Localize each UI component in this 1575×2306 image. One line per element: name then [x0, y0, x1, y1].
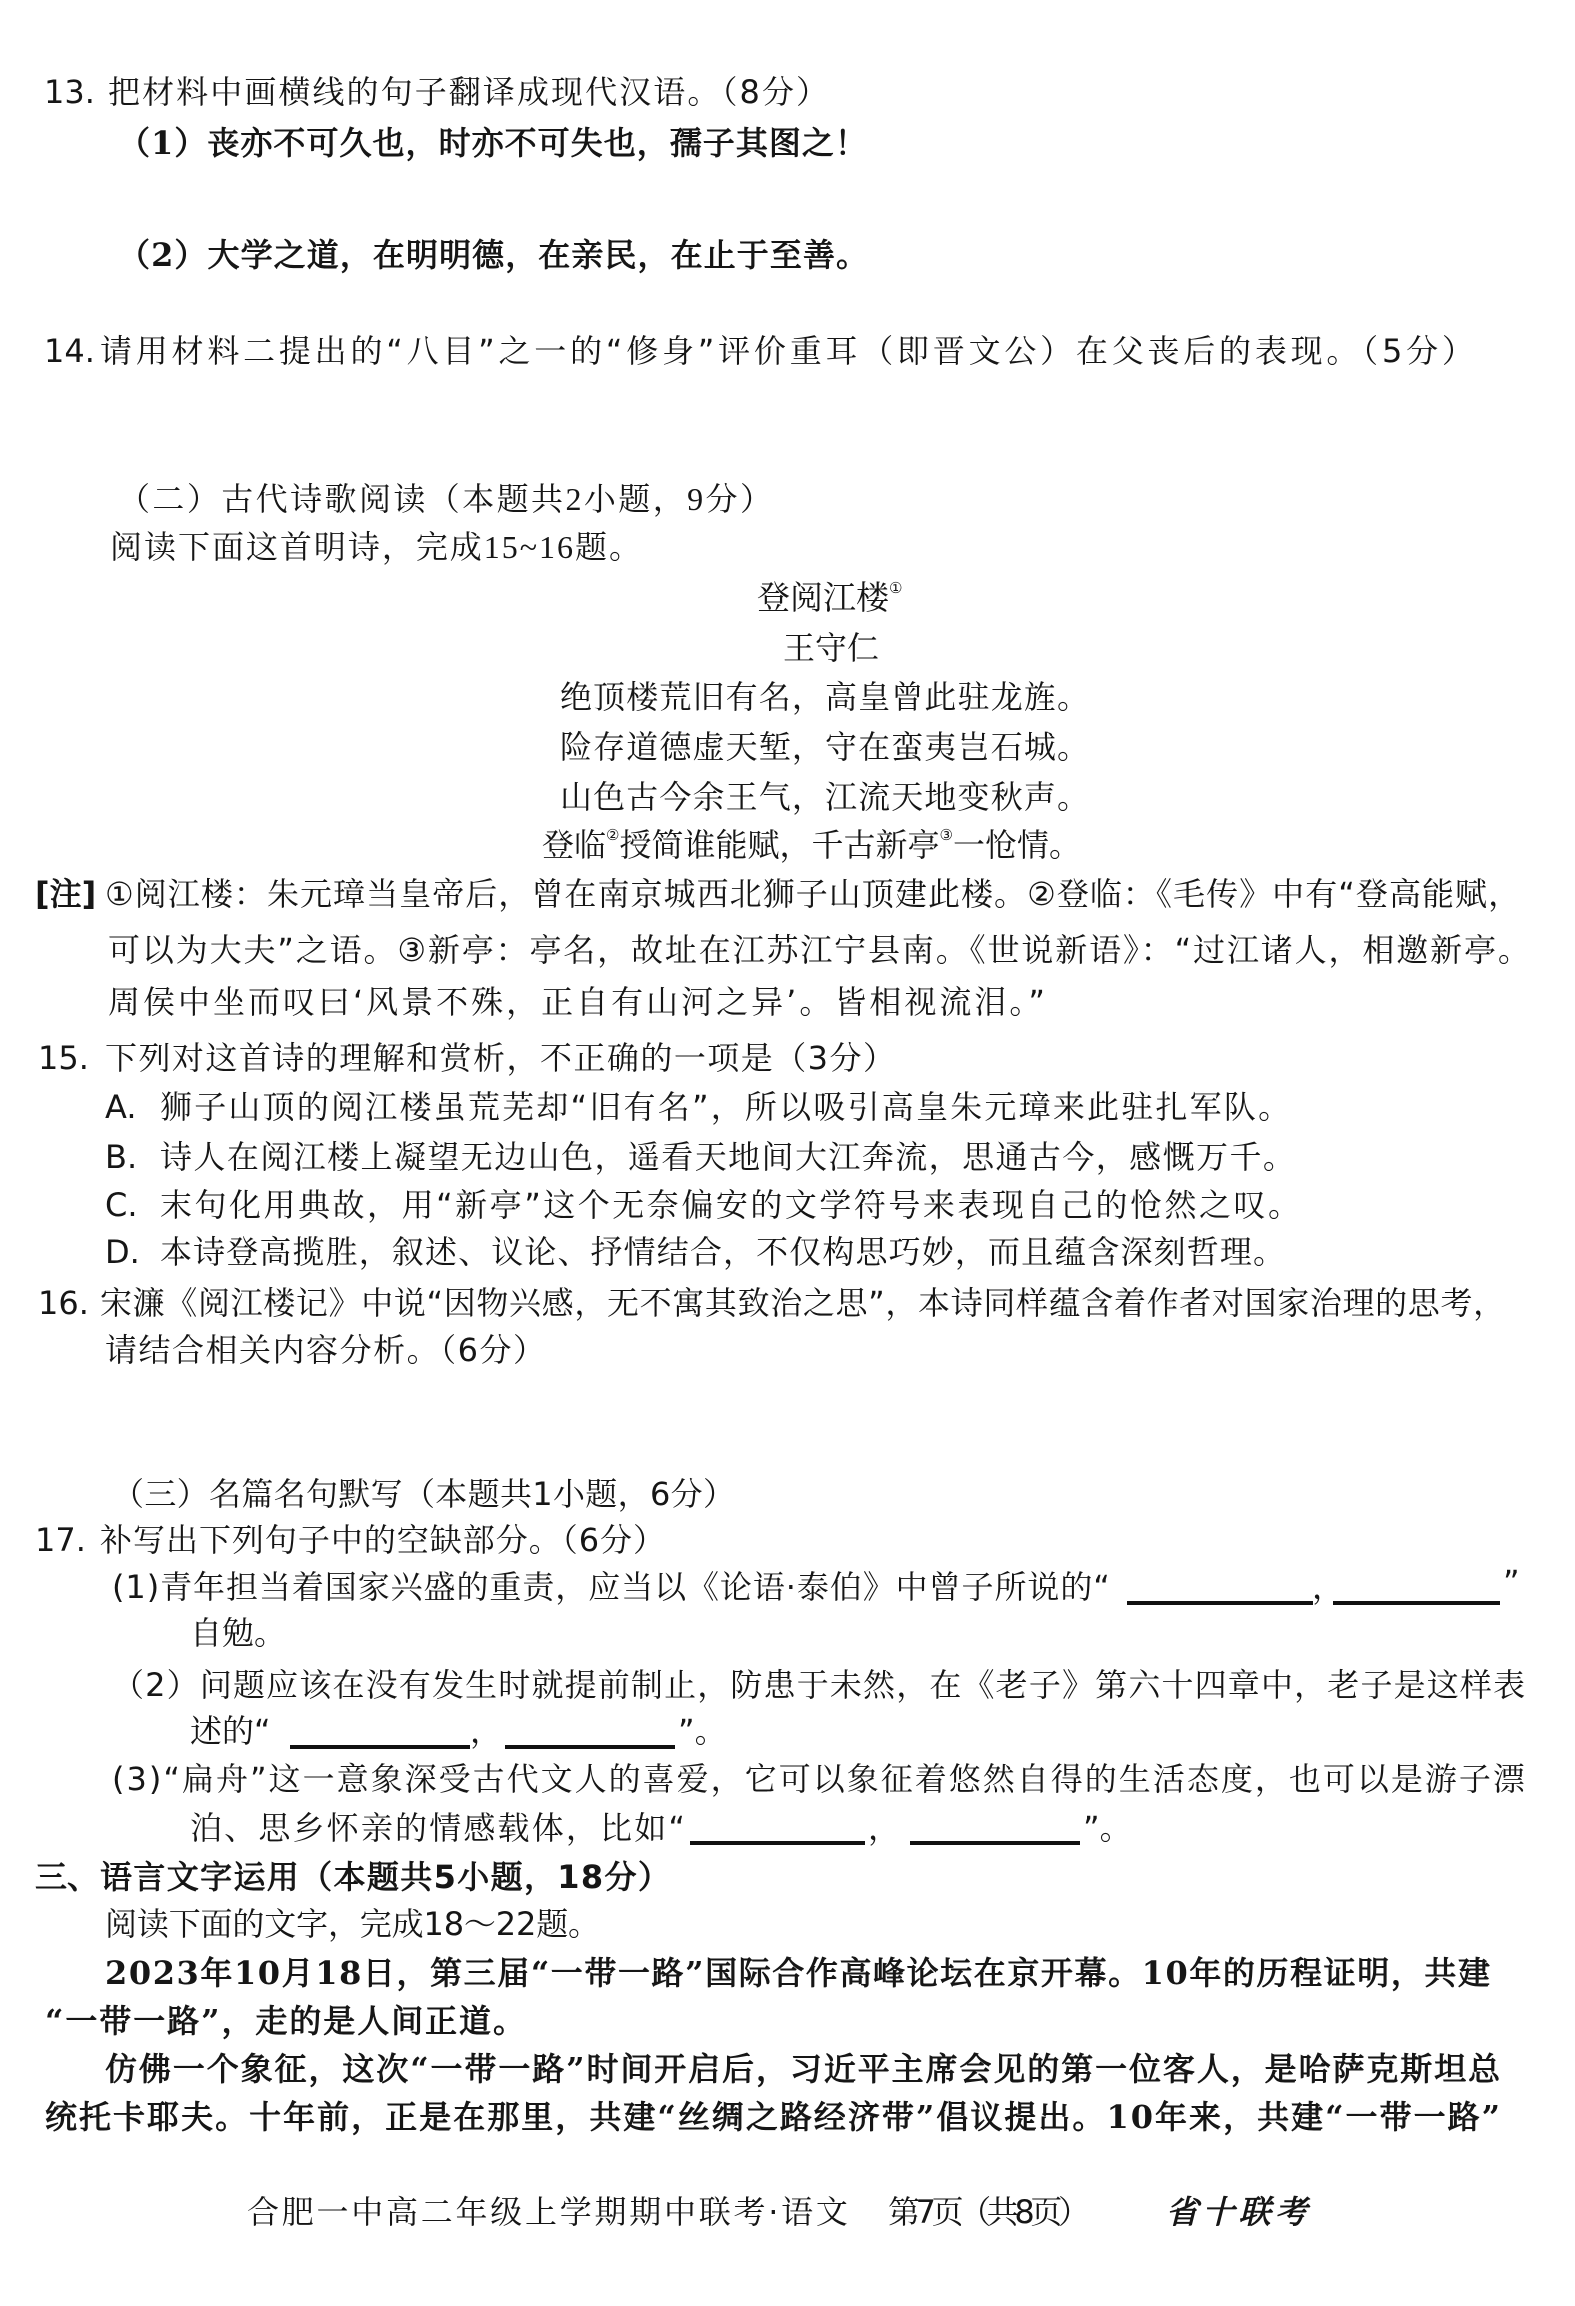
passage-line-2: “一带一路”，走的是人间正道。: [45, 2001, 527, 2041]
poem-line-4-part-1: 登临: [542, 826, 606, 864]
q16-line-1: 宋濂《阅江楼记》中说“因物兴感，无不寓其致治之思”，本诗同样蕴含着作者对国家治理…: [100, 1283, 1506, 1323]
notes-line-2: 可以为大夫”之语。③新亭：亭名，故址在江苏江宁县南。《世说新语》：“过江诸人，相…: [108, 930, 1532, 970]
notes-line-1: ①阅江楼：朱元璋当皇帝后，曾在南京城西北狮子山顶建此楼。②登临：《毛传》中有“登…: [105, 874, 1521, 914]
poem-title: 登阅江楼①: [757, 578, 902, 618]
q17-item-1-close-quote: ”: [1503, 1562, 1520, 1602]
poem-line-4: 登临②授简谁能赋，千古新亭③一怆情。: [542, 825, 1081, 865]
q17-item-3-lead: 泊、思乡怀亲的情感载体，比如“: [190, 1808, 687, 1848]
recitation-section-heading: （三）名篇名句默写（本题共1小题，6分）: [112, 1474, 735, 1514]
answer-blank: [690, 1841, 865, 1845]
poem-line-4-part-3: 一怆情。: [953, 826, 1081, 864]
q17-item-3-line-1: (3)“扁舟”这一意象深受古代文人的喜爱，它可以象征着悠然自得的生活态度，也可以…: [112, 1759, 1527, 1799]
q17-item-2-separator: ，: [470, 1711, 502, 1751]
q16-line-2: 请结合相关内容分析。（6分）: [105, 1330, 547, 1370]
q14-prompt: 请用材料二提出的“八目”之一的“修身”评价重耳（即晋文公）在父丧后的表现。（5分…: [100, 331, 1478, 371]
q16-number: 16.: [38, 1283, 89, 1323]
section-three-number: 三、: [35, 1857, 99, 1897]
q17-item-1-lead: (1)青年担当着国家兴盛的重责，应当以《论语·泰伯》中曾子所说的“: [112, 1567, 1111, 1607]
poetry-section-instruction: 阅读下面这首明诗，完成15~16题。: [110, 527, 643, 567]
notes-label: [注]: [35, 874, 96, 914]
exam-page: 13. 把材料中画横线的句子翻译成现代汉语。（8分） （1）丧亦不可久也，时亦不…: [0, 0, 1575, 2306]
q15-option-a-letter: A.: [105, 1087, 137, 1127]
q15-option-c-text: 末句化用典故，用“新亭”这个无奈偏安的文学符号来表现自己的怆然之叹。: [160, 1185, 1303, 1225]
answer-blank: [1333, 1601, 1500, 1605]
poem-line-4-part-2: 授简谁能赋，千古新亭: [619, 826, 939, 864]
answer-blank: [290, 1745, 470, 1749]
q13-number: 13.: [44, 72, 95, 112]
q13-item-2: （2）大学之道，在明明德，在亲民，在止于至善。: [118, 235, 869, 275]
q15-option-b-letter: B.: [105, 1137, 137, 1177]
q17-item-3-separator: ，: [868, 1808, 900, 1848]
poem-line-2: 险存道德虚天堑，守在蛮夷岂石城。: [560, 727, 1090, 767]
poem-line-3: 山色古今余王气，江流天地变秋声。: [560, 777, 1090, 817]
answer-blank: [910, 1841, 1080, 1845]
passage-line-3: 仿佛一个象征，这次“一带一路”时间开启后，习近平主席会见的第一位客人，是哈萨克斯…: [105, 2049, 1502, 2089]
passage-line-1: 2023年10月18日，第三届“一带一路”国际合作高峰论坛在京开幕。10年的历程…: [105, 1953, 1492, 1993]
section-three-instruction: 阅读下面的文字，完成18～22题。: [105, 1904, 600, 1944]
poem-title-note-mark: ①: [889, 579, 902, 597]
note-mark-3: ③: [939, 826, 952, 844]
q13-prompt: 把材料中画横线的句子翻译成现代汉语。（8分）: [108, 72, 830, 112]
q15-option-c-letter: C.: [105, 1185, 138, 1225]
q17-item-2-lead: 述的“: [190, 1711, 271, 1751]
q15-option-d-letter: D.: [105, 1232, 140, 1272]
q17-item-2-line-1: （2）问题应该在没有发生时就提前制止，防患于未然，在《老子》第六十四章中，老子是…: [112, 1665, 1526, 1705]
passage-line-4: 统托卡耶夫。十年前，正是在那里，共建“丝绸之路经济带”倡议提出。10年来，共建“…: [45, 2097, 1502, 2137]
q15-option-d-text: 本诗登高揽胜，叙述、议论、抒情结合，不仅构思巧妙，而且蕴含深刻哲理。: [160, 1232, 1286, 1272]
q14-number: 14.: [44, 331, 95, 371]
notes-line-3: 周侯中坐而叹曰‘风景不殊，正自有山河之异’。皆相视流泪。”: [108, 982, 1048, 1022]
q15-prompt: 下列对这首诗的理解和赏析，不正确的一项是（3分）: [105, 1038, 896, 1078]
section-three-heading: 语言文字运用（本题共5小题，18分）: [100, 1857, 671, 1897]
q13-item-1: （1）丧亦不可久也，时亦不可失也，孺子其图之！: [118, 123, 868, 163]
q15-number: 15.: [38, 1038, 89, 1078]
answer-blank: [505, 1745, 675, 1749]
poem-line-1: 绝顶楼荒旧有名，高皇曾此驻龙旌。: [560, 677, 1090, 717]
poem-title-text: 登阅江楼: [757, 578, 889, 617]
q15-option-a-text: 狮子山顶的阅江楼虽荒芜却“旧有名”，所以吸引高皇朱元璋来此驻扎军队。: [160, 1087, 1292, 1127]
footer-brand: 省十联考: [1166, 2192, 1311, 2232]
answer-blank: [1127, 1601, 1313, 1605]
q17-number: 17.: [35, 1520, 86, 1560]
q17-item-2-close: ”。: [678, 1711, 727, 1751]
note-mark-2: ②: [606, 826, 619, 844]
q15-option-b-text: 诗人在阅江楼上凝望无边山色，遥看天地间大江奔流，思通古今，感慨万千。: [160, 1137, 1296, 1177]
q17-prompt: 补写出下列句子中的空缺部分。（6分）: [100, 1520, 666, 1560]
poetry-section-heading: （二）古代诗歌阅读（本题共2小题，9分）: [118, 479, 774, 519]
footer-page-number: 第7页（共8页）: [888, 2192, 1086, 2232]
q17-item-1-tail: 自勉。: [190, 1613, 286, 1653]
footer-exam-title: 合肥一中高二年级上学期期中联考·语文: [247, 2192, 851, 2232]
poem-author: 王守仁: [783, 628, 879, 668]
q17-item-3-close: ”。: [1083, 1808, 1132, 1848]
